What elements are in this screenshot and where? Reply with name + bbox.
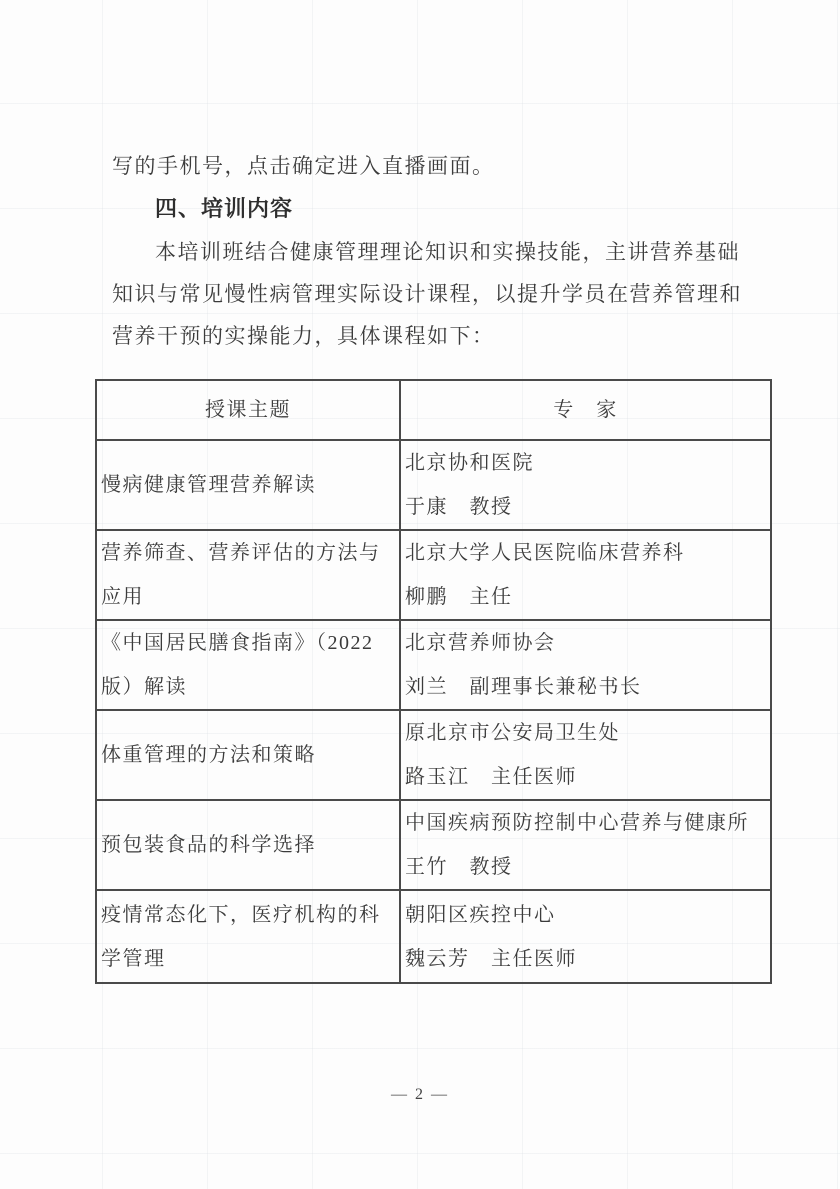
paragraph-line: 营养干预的实操能力，具体课程如下： (112, 315, 752, 357)
expert-name-line: 刘兰 副理事长兼秘书长 (405, 665, 766, 709)
expert-cell: 北京协和医院 于康 教授 (400, 440, 771, 530)
topic-cell: 慢病健康管理营养解读 (96, 440, 400, 530)
table-row: 慢病健康管理营养解读 北京协和医院 于康 教授 (96, 440, 771, 530)
expert-name-line: 路玉江 主任医师 (405, 755, 766, 799)
expert-name-line: 于康 教授 (405, 485, 766, 529)
topic-line: 疫情常态化下，医疗机构的科 (101, 893, 395, 937)
expert-name-line: 柳鹏 主任 (405, 575, 766, 619)
expert-cell: 原北京市公安局卫生处 路玉江 主任医师 (400, 710, 771, 800)
table-row: 预包装食品的科学选择 中国疾病预防控制中心营养与健康所 王竹 教授 (96, 800, 771, 890)
section-heading: 四、培训内容 (112, 187, 752, 231)
expert-cell: 朝阳区疾控中心 魏云芳 主任医师 (400, 890, 771, 983)
body-text-block: 写的手机号，点击确定进入直播画面。 四、培训内容 本培训班结合健康管理理论知识和… (112, 145, 752, 357)
table-row: 《中国居民膳食指南》（2022 版）解读 北京营养师协会 刘兰 副理事长兼秘书长 (96, 620, 771, 710)
table-row: 营养筛查、营养评估的方法与 应用 北京大学人民医院临床营养科 柳鹏 主任 (96, 530, 771, 620)
topic-line: 慢病健康管理营养解读 (101, 463, 395, 507)
topic-line: 营养筛查、营养评估的方法与 (101, 531, 395, 575)
paragraph-line: 本培训班结合健康管理理论知识和实操技能，主讲营养基础 (112, 231, 752, 273)
document-page: 写的手机号，点击确定进入直播画面。 四、培训内容 本培训班结合健康管理理论知识和… (0, 0, 840, 1189)
expert-cell: 中国疾病预防控制中心营养与健康所 王竹 教授 (400, 800, 771, 890)
topic-cell: 营养筛查、营养评估的方法与 应用 (96, 530, 400, 620)
expert-org-line: 中国疾病预防控制中心营养与健康所 (405, 801, 766, 845)
topic-cell: 《中国居民膳食指南》（2022 版）解读 (96, 620, 400, 710)
topic-line: 应用 (101, 575, 395, 619)
table-row: 体重管理的方法和策略 原北京市公安局卫生处 路玉江 主任医师 (96, 710, 771, 800)
table-header-row: 授课主题 专 家 (96, 380, 771, 440)
footer-page-number: — 2 — (0, 1086, 840, 1104)
table-row: 疫情常态化下，医疗机构的科 学管理 朝阳区疾控中心 魏云芳 主任医师 (96, 890, 771, 983)
course-table: 授课主题 专 家 慢病健康管理营养解读 北京协和医院 于康 教授 营养筛查、营养… (95, 379, 772, 984)
expert-header-cell: 专 家 (400, 380, 771, 440)
expert-name-line: 魏云芳 主任医师 (405, 937, 766, 981)
expert-org-line: 北京营养师协会 (405, 621, 766, 665)
topic-cell: 预包装食品的科学选择 (96, 800, 400, 890)
topic-line: 体重管理的方法和策略 (101, 733, 395, 777)
expert-org-line: 原北京市公安局卫生处 (405, 711, 766, 755)
topic-line: 学管理 (101, 937, 395, 981)
expert-cell: 北京大学人民医院临床营养科 柳鹏 主任 (400, 530, 771, 620)
expert-name-line: 王竹 教授 (405, 845, 766, 889)
paragraph-line: 知识与常见慢性病管理实际设计课程，以提升学员在营养管理和 (112, 273, 752, 315)
expert-org-line: 朝阳区疾控中心 (405, 893, 766, 937)
topic-header-cell: 授课主题 (96, 380, 400, 440)
intro-line: 写的手机号，点击确定进入直播画面。 (112, 145, 752, 187)
topic-cell: 疫情常态化下，医疗机构的科 学管理 (96, 890, 400, 983)
topic-line: 《中国居民膳食指南》（2022 (101, 621, 395, 665)
expert-cell: 北京营养师协会 刘兰 副理事长兼秘书长 (400, 620, 771, 710)
expert-org-line: 北京协和医院 (405, 441, 766, 485)
topic-line: 版）解读 (101, 665, 395, 709)
expert-org-line: 北京大学人民医院临床营养科 (405, 531, 766, 575)
topic-cell: 体重管理的方法和策略 (96, 710, 400, 800)
topic-line: 预包装食品的科学选择 (101, 823, 395, 867)
